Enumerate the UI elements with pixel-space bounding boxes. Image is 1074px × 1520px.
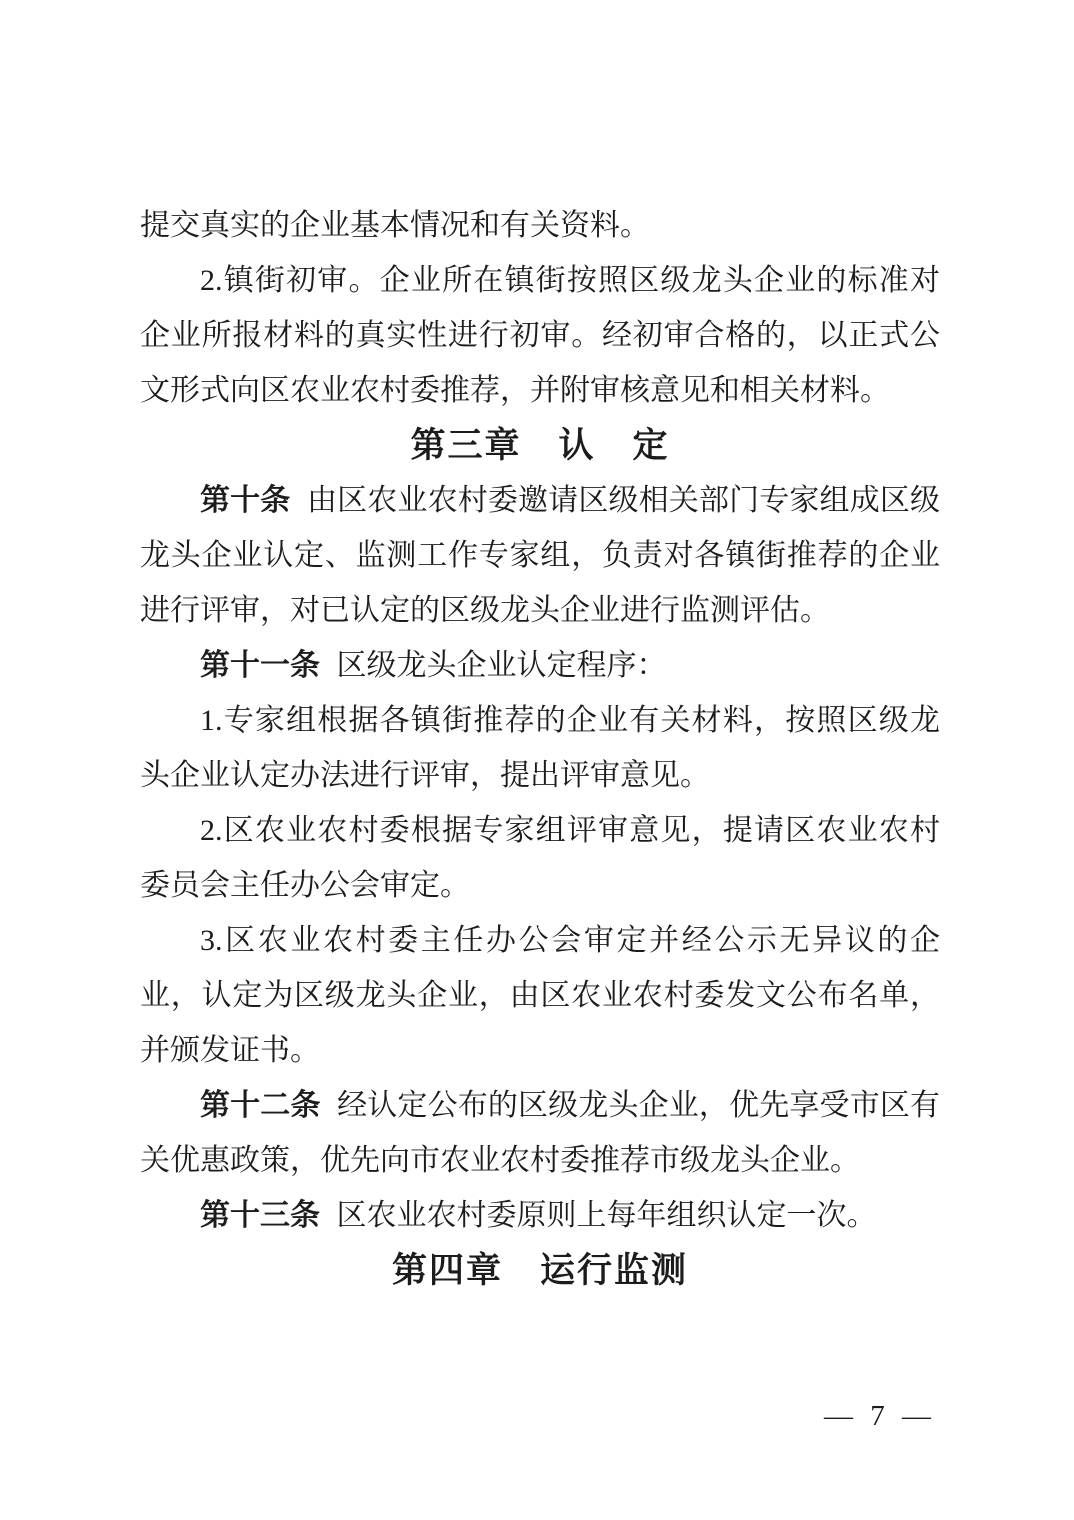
page-number: — 7 —	[824, 1400, 936, 1433]
article-12-label: 第十二条	[200, 1089, 321, 1122]
document-content: 提交真实的企业基本情况和有关资料。 2.镇街初审。企业所在镇街按照区级龙头企业的…	[140, 198, 940, 1298]
article-11-label: 第十一条	[200, 649, 320, 682]
article-13-paragraph: 第十三条区农业农村委原则上每年组织认定一次。	[140, 1188, 940, 1243]
chapter-3-heading: 第三章 认 定	[140, 418, 940, 473]
article-13-text: 区农业农村委原则上每年组织认定一次。	[337, 1199, 877, 1232]
article-10-label: 第十条	[200, 484, 290, 517]
paragraph-continuation: 提交真实的企业基本情况和有关资料。	[140, 198, 940, 253]
chapter-4-heading: 第四章 运行监测	[140, 1243, 940, 1298]
article-11-text: 区级龙头企业认定程序：	[337, 649, 667, 682]
paragraph-step-2-committee-review: 2.区农业农村委根据专家组评审意见，提请区农业农村委员会主任办公会审定。	[140, 803, 940, 913]
paragraph-step-1-expert-review: 1.专家组根据各镇街推荐的企业有关材料，按照区级龙头企业认定办法进行评审，提出评…	[140, 693, 940, 803]
paragraph-step-2-town-review: 2.镇街初审。企业所在镇街按照区级龙头企业的标准对企业所报材料的真实性进行初审。…	[140, 253, 940, 418]
article-12-paragraph: 第十二条经认定公布的区级龙头企业，优先享受市区有关优惠政策，优先向市农业农村委推…	[140, 1078, 940, 1188]
paragraph-step-3-publication: 3.区农业农村委主任办公会审定并经公示无异议的企业，认定为区级龙头企业，由区农业…	[140, 913, 940, 1078]
article-11-paragraph: 第十一条区级龙头企业认定程序：	[140, 638, 940, 693]
article-10-paragraph: 第十条由区农业农村委邀请区级相关部门专家组成区级龙头企业认定、监测工作专家组，负…	[140, 473, 940, 638]
article-13-label: 第十三条	[200, 1199, 320, 1232]
document-page: 提交真实的企业基本情况和有关资料。 2.镇街初审。企业所在镇街按照区级龙头企业的…	[0, 0, 1074, 1520]
